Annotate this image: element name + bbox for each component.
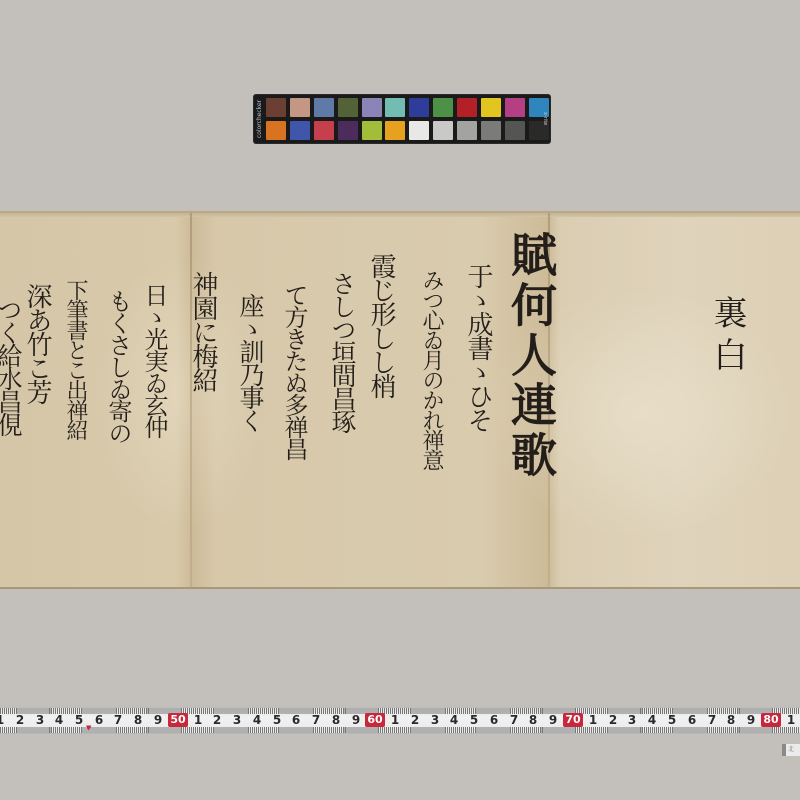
verse-column: もくさしゐ寄の [106,289,130,443]
color-patch [433,98,453,117]
ruler-number: 2 [209,713,225,727]
ruler-number: 2 [12,713,28,727]
ruler-number: 6 [288,713,304,727]
color-patch [457,98,477,117]
ruler-number: 9 [150,713,166,727]
verse-column: 深あ竹こ芳 [24,283,50,403]
ruler-number: 5 [269,713,285,727]
ruler-number: 7 [704,713,720,727]
ruler-number: 7 [308,713,324,727]
color-patch [266,121,286,140]
verse-column: 下筆書とこ出禅紹 [64,279,86,439]
color-patch [505,121,525,140]
ruler-number: 1 [0,713,8,727]
color-patch [314,98,334,117]
color-patch [457,121,477,140]
color-patch [505,98,525,117]
ruler-number: 8 [328,713,344,727]
ruler-number: 2 [605,713,621,727]
color-patch [481,121,501,140]
verse-column: さしつ垣間昌琢 [330,271,355,432]
color-patch [362,121,382,140]
ruler-number: 1 [783,713,799,727]
ruler-number: 9 [545,713,561,727]
verse-column: 霞じ形しし梢 [368,253,394,397]
color-patch [385,121,405,140]
ruler-number: 70 [563,713,583,727]
ruler-number: 8 [130,713,146,727]
ruler-number: 80 [761,713,781,727]
measuring-tape: ▼ 12345678950123456789601234567897012345… [0,707,800,734]
ruler-number: 5 [71,713,87,727]
ruler-number: 6 [91,713,107,727]
ruler-number: 2 [407,713,423,727]
ruler-number: 3 [32,713,48,727]
ruler-number: 7 [110,713,126,727]
color-patch [385,98,405,117]
color-checker-brand: colorchecker [255,99,264,139]
ruler-number: 60 [365,713,385,727]
ruler-number: 1 [190,713,206,727]
ruler-number: 4 [249,713,265,727]
calligraphy-scroll: 賦何人連歌 裏白 于ゝ成書ゝひそみつ心ゐ月のかれ禅意霞じ形しし梢さしつ垣間昌琢て… [0,211,800,589]
heading-mark: 裏白 [710,295,744,379]
color-patch [338,121,358,140]
color-patch [409,98,429,117]
color-patch-grid [266,98,549,140]
ruler-number: 9 [348,713,364,727]
ruler-number: 3 [427,713,443,727]
scroll-top-edge [0,213,800,217]
color-checker-maker: x-rite [541,103,548,135]
ruler-number: 8 [723,713,739,727]
ruler-number: 50 [168,713,188,727]
ruler-number: 4 [51,713,67,727]
ruler-number: 4 [644,713,660,727]
ruler-number: 7 [506,713,522,727]
color-patch [409,121,429,140]
ruler-number: 4 [446,713,462,727]
verse-column: つく給水昌俔 [0,297,21,435]
verse-column: 日ゝ光実ゐ玄仲 [142,283,166,437]
ruler-number: 3 [624,713,640,727]
ruler-number: 1 [387,713,403,727]
color-patch [290,121,310,140]
paper-seam [190,213,192,587]
ruler-number: 1 [585,713,601,727]
color-patch [290,98,310,117]
color-patch [314,121,334,140]
ruler-number: 6 [486,713,502,727]
ruler-number: 9 [743,713,759,727]
verse-column: 座ゝ訓乃事く [238,293,263,431]
scroll-title: 賦何人連歌 [508,231,554,481]
verse-column: 于ゝ成書ゝひそ [465,263,491,431]
archive-label-tag: 北 [782,744,800,756]
color-patch [481,98,501,117]
ruler-number: 5 [466,713,482,727]
color-checker-card: colorchecker x-rite [254,95,550,143]
verse-column: みつ心ゐ月のかれ禅意 [420,269,442,469]
verse-column: て方きたぬ多禅昌 [282,283,306,459]
ruler-ticks-bottom [0,727,800,733]
color-patch [362,98,382,117]
verse-column: 神園に梅紹 [190,271,216,391]
ruler-number: 5 [664,713,680,727]
ruler-number: 8 [525,713,541,727]
ruler-number: 6 [684,713,700,727]
color-patch [338,98,358,117]
color-patch [266,98,286,117]
ruler-number: 3 [229,713,245,727]
color-patch [433,121,453,140]
